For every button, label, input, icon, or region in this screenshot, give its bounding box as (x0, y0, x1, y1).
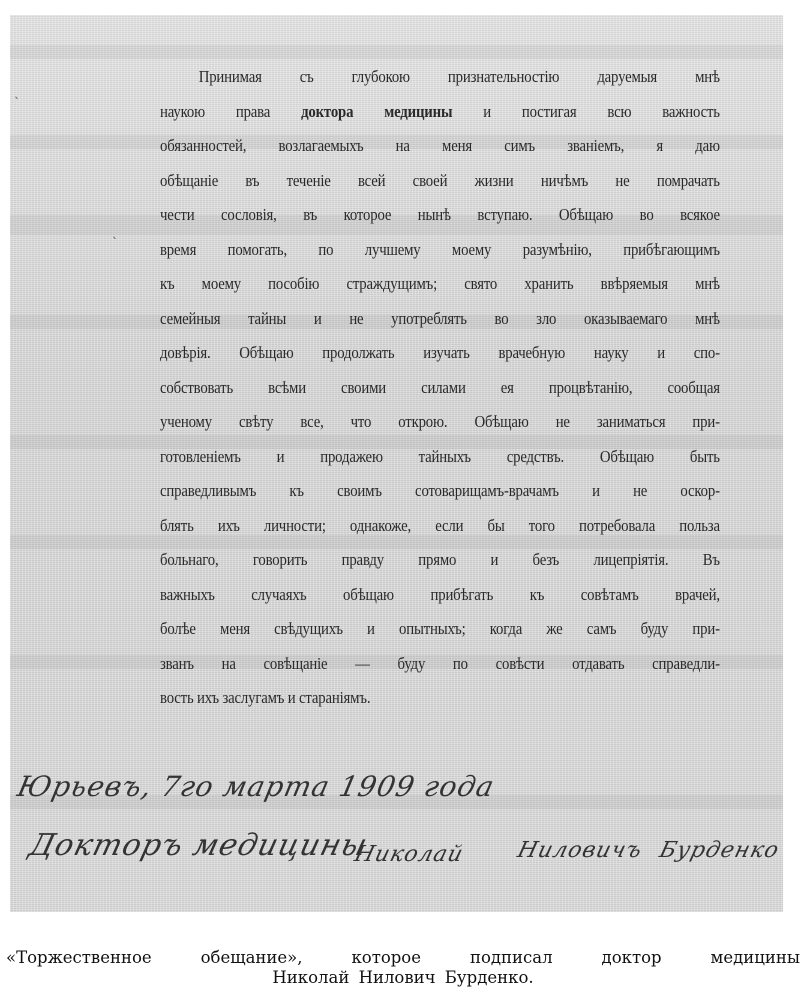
oath-line: справедливымъ къ своимъ сотоварищамъ-вра… (160, 474, 720, 509)
oath-line: блять ихъ личности; однакоже, если бы то… (160, 509, 720, 544)
oath-line: чести сословія, въ которое нынѣ вступаю.… (160, 198, 720, 233)
figure-caption: «Торжественное обещание», которое подпис… (0, 948, 806, 988)
oath-line: вость ихъ заслугамъ и стараніямъ. (160, 681, 720, 716)
oath-text: Принимая съ глубокою признательностію да… (160, 60, 642, 716)
oath-line: Принимая съ глубокою признательностію да… (160, 60, 720, 95)
oath-line: больнаго, говорить правду прямо и безъ л… (160, 543, 720, 578)
bold-phrase: доктора медицины (301, 102, 452, 121)
oath-line: важныхъ случаяхъ обѣщаю прибѣгать къ сов… (160, 578, 720, 613)
caption-line-2: Николай Нилович Бурденко. (0, 968, 806, 988)
oath-line: семейныя тайны и не употреблять во зло о… (160, 302, 720, 337)
oath-line: обязанностей, возлагаемыхъ на меня симъ … (160, 129, 720, 164)
margin-mark: ˎ (14, 85, 20, 99)
margin-mark: ˎ (112, 225, 118, 239)
bleed-through-text (10, 45, 783, 59)
handwritten-place-date: Юрьевъ, 7го марта 1909 года (14, 770, 497, 803)
oath-line: обѣщаніе въ теченіе всей своей жизни нич… (160, 164, 720, 199)
handwritten-title: Докторъ медицины (26, 828, 372, 863)
signature-patronymic: Ниловичъ (515, 838, 645, 863)
oath-line: довѣрія. Обѣщаю продолжать изучать враче… (160, 336, 720, 371)
signature-surname: Бурденко (657, 838, 782, 863)
oath-line: собствовать всѣми своими силами ея процв… (160, 371, 720, 406)
oath-line: ученому свѣту все, что открою. Обѣщаю не… (160, 405, 720, 440)
oath-line: къ моему пособію страждущимъ; свято хран… (160, 267, 720, 302)
oath-line: болѣе меня свѣдущихъ и опытныхъ; когда ж… (160, 612, 720, 647)
oath-line: званъ на совѣщаніе — буду по совѣсти отд… (160, 647, 720, 682)
oath-line: время помогать, по лучшему моему разумѣн… (160, 233, 720, 268)
oath-line: наукою права доктора медицины и постигая… (160, 95, 720, 130)
caption-line-1: «Торжественное обещание», которое подпис… (0, 948, 806, 968)
signature-first-name: Николай (352, 842, 466, 867)
oath-line: готовленіемъ и продажею тайныхъ средствъ… (160, 440, 720, 475)
